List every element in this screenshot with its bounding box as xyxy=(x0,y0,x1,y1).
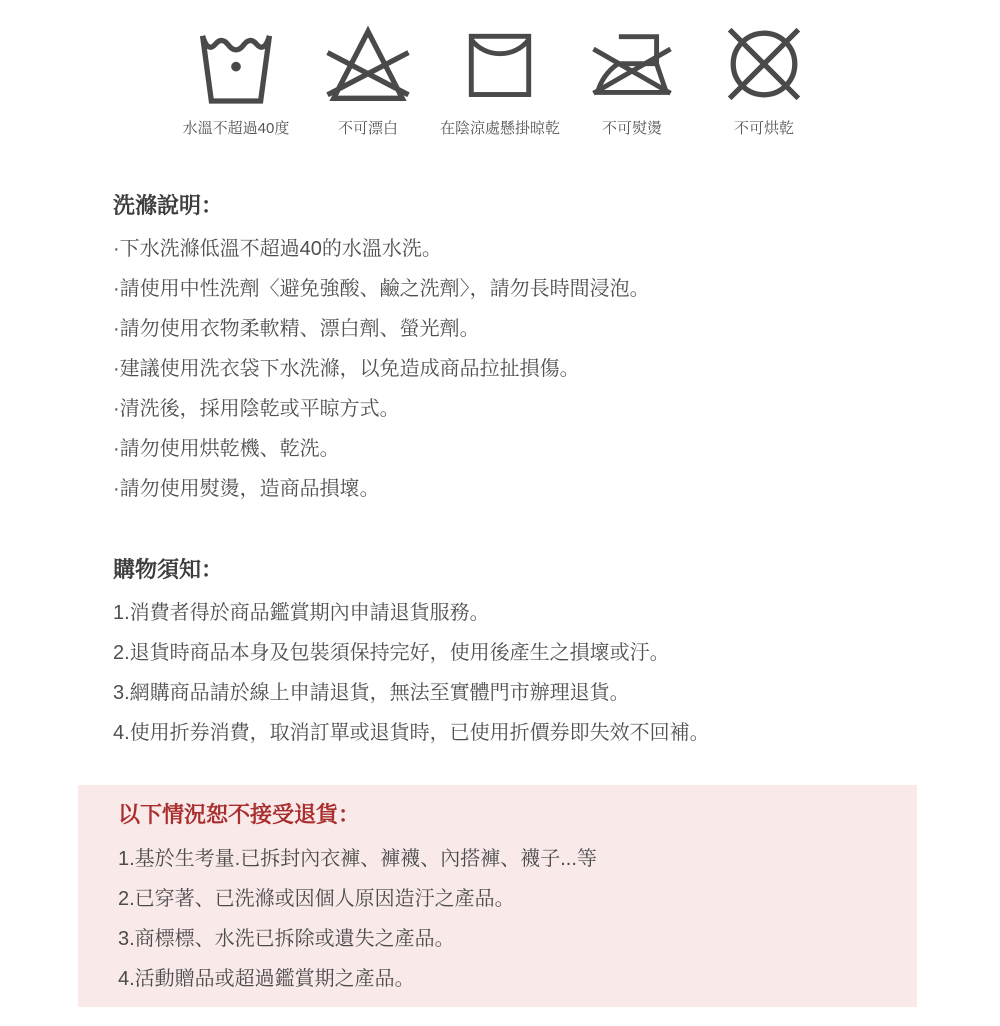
care-icon-label: 不可漂白 xyxy=(338,120,398,138)
shopping-notice-item: 1.消費者得於商品鑑賞期內申請退貨服務。 xyxy=(113,593,950,633)
returns-policy-box: 以下情況恕不接受退貨： 1.基於生考量.已拆封內衣褲、褲襪、內搭褲、襪子...等… xyxy=(78,785,917,1007)
washing-instruction: ·清洗後，採用陰乾或平晾方式。 xyxy=(113,389,950,429)
care-item-no-tumble-dry: 不可烘乾 xyxy=(698,20,830,138)
washing-instructions-list: ·下水洗滌低溫不超過40的水溫水洗。 ·請使用中性洗劑〈避免強酸、鹼之洗劑〉，請… xyxy=(113,229,950,509)
washing-instruction: ·請勿使用熨燙，造商品損壞。 xyxy=(113,469,950,509)
returns-policy-item: 4.活動贈品或超過鑑賞期之產品。 xyxy=(118,959,897,999)
wash-max-40-icon xyxy=(192,20,280,108)
washing-instruction: ·下水洗滌低溫不超過40的水溫水洗。 xyxy=(113,229,950,269)
returns-policy-item: 3.商標標、水洗已拆除或遺失之產品。 xyxy=(118,919,897,959)
shopping-notice-item: 3.網購商品請於線上申請退貨，無法至實體門市辦理退貨。 xyxy=(113,673,950,713)
returns-policy-item: 2.已穿著、已洗滌或因個人原因造汙之產品。 xyxy=(118,879,897,919)
care-icon-label: 在陰涼處懸掛晾乾 xyxy=(440,120,560,138)
returns-policy-item: 1.基於生考量.已拆封內衣褲、褲襪、內搭褲、襪子...等 xyxy=(118,839,897,879)
care-item-wash-40: 水溫不超過40度 xyxy=(170,20,302,138)
shopping-notice-list: 1.消費者得於商品鑑賞期內申請退貨服務。 2.退貨時商品本身及包裝須保持完好，使… xyxy=(113,593,950,753)
instructions-content: 洗滌說明： ·下水洗滌低溫不超過40的水溫水洗。 ·請使用中性洗劑〈避免強酸、鹼… xyxy=(113,191,950,753)
no-bleach-icon xyxy=(323,20,413,108)
shopping-section-title: 購物須知： xyxy=(113,555,950,585)
care-instructions-page: 水溫不超過40度 不可漂白 在陰涼處懸掛晾乾 xyxy=(0,0,1000,1007)
returns-policy-list: 1.基於生考量.已拆封內衣褲、褲襪、內搭褲、襪子...等 2.已穿著、已洗滌或因… xyxy=(118,839,897,999)
care-item-shade-dry: 在陰涼處懸掛晾乾 xyxy=(434,20,566,138)
care-icon-label: 水溫不超過40度 xyxy=(183,120,290,138)
care-icon-label: 不可熨燙 xyxy=(602,120,662,138)
washing-instruction: ·請勿使用衣物柔軟精、漂白劑、螢光劑。 xyxy=(113,309,950,349)
washing-section-title: 洗滌說明： xyxy=(113,191,950,221)
washing-instruction: ·請使用中性洗劑〈避免強酸、鹼之洗劑〉，請勿長時間浸泡。 xyxy=(113,269,950,309)
care-item-no-iron: 不可熨燙 xyxy=(566,20,698,138)
care-item-no-bleach: 不可漂白 xyxy=(302,20,434,138)
shade-hang-dry-icon xyxy=(459,22,541,108)
care-icons-row: 水溫不超過40度 不可漂白 在陰涼處懸掛晾乾 xyxy=(0,0,1000,138)
washing-instruction: ·建議使用洗衣袋下水洗滌，以免造成商品拉扯損傷。 xyxy=(113,349,950,389)
shopping-notice-item: 2.退貨時商品本身及包裝須保持完好，使用後產生之損壞或汙。 xyxy=(113,633,950,673)
care-icon-label: 不可烘乾 xyxy=(734,120,794,138)
no-iron-icon xyxy=(584,26,680,108)
returns-policy-title: 以下情況恕不接受退貨： xyxy=(118,799,897,831)
washing-instruction: ·請勿使用烘乾機、乾洗。 xyxy=(113,429,950,469)
shopping-notice-item: 4.使用折券消費，取消訂單或退貨時，已使用折價券即失效不回補。 xyxy=(113,713,950,753)
no-tumble-dry-icon xyxy=(720,20,808,108)
